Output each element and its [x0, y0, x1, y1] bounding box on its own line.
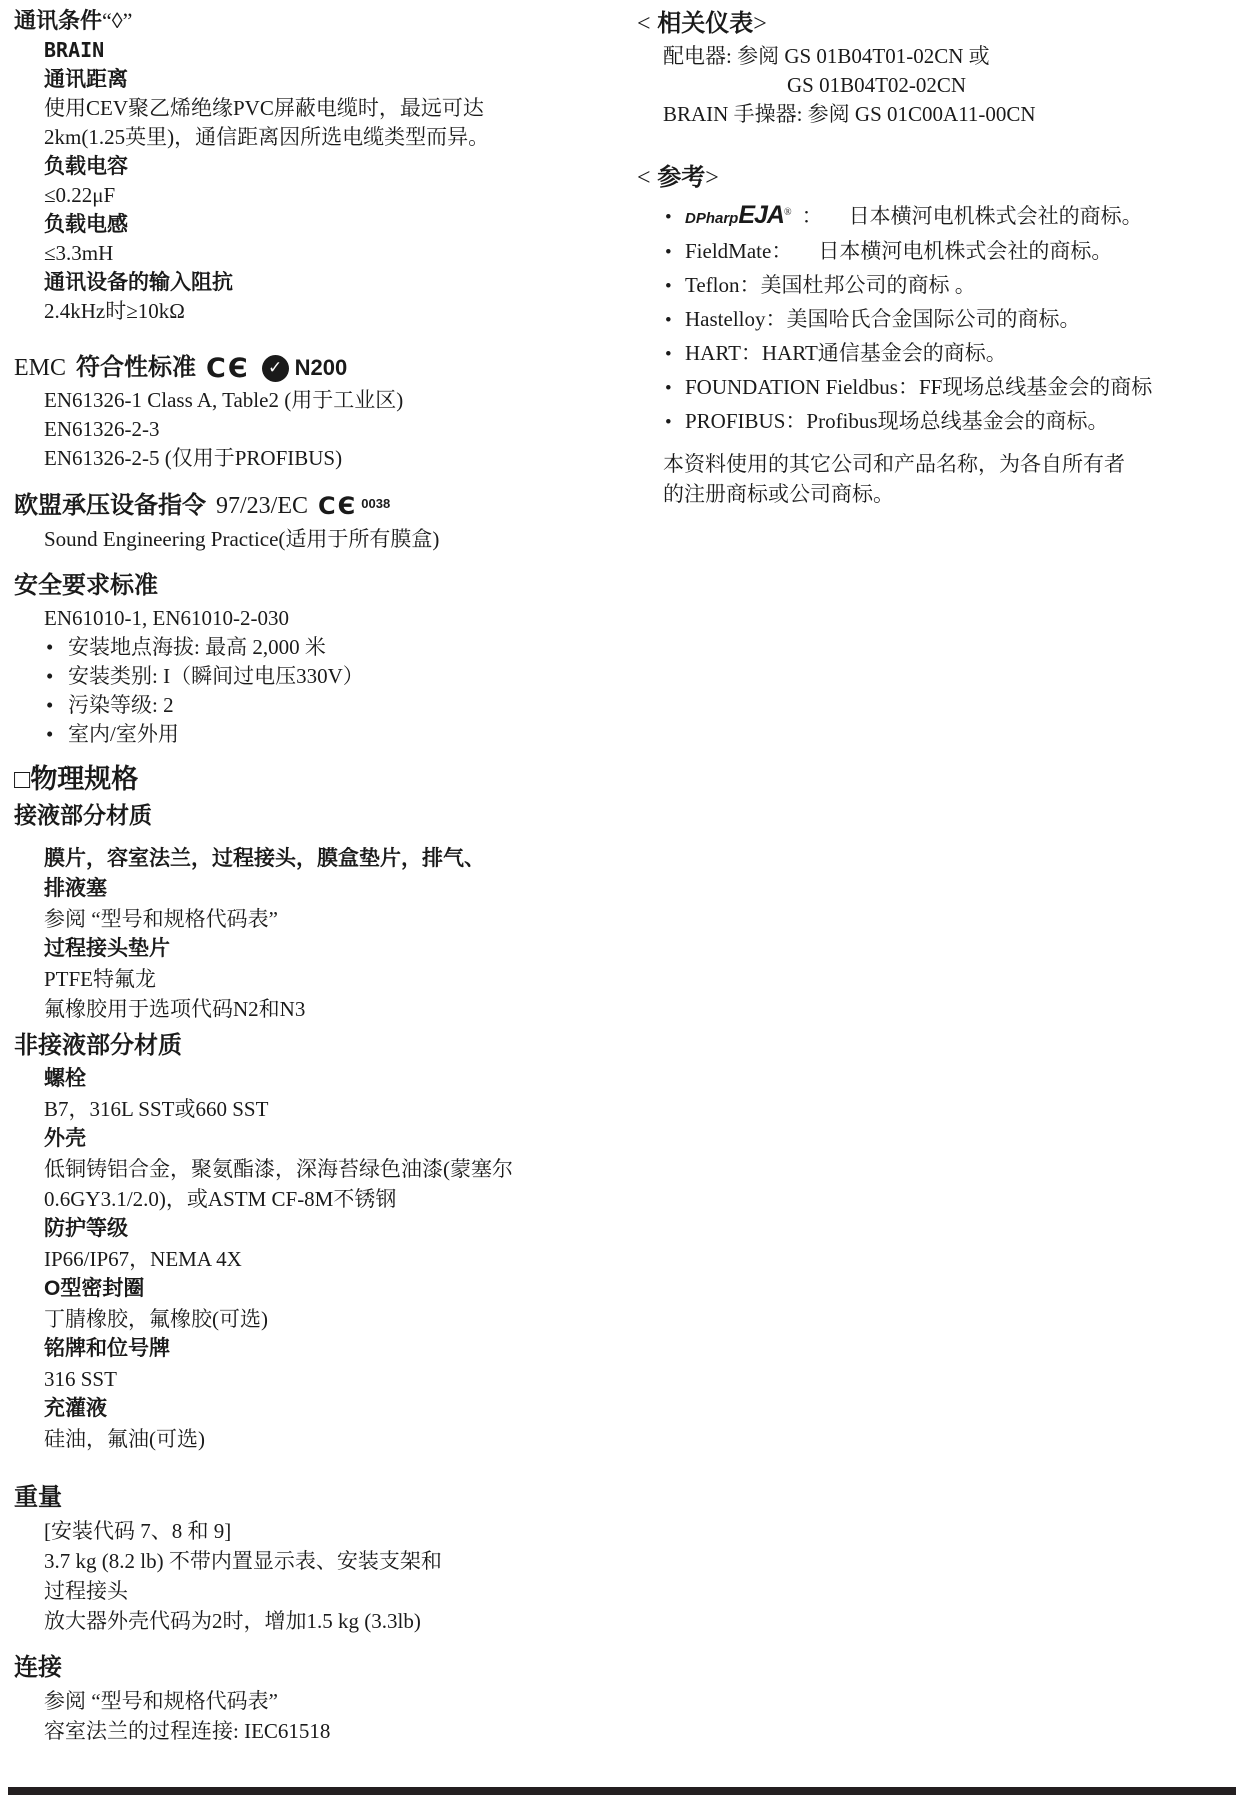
rcm-tick-icon: ✓: [262, 355, 289, 382]
spec-line: IP66/IP67，NEMA 4X: [14, 1244, 629, 1274]
trademark-description: HART通信基金会的商标。: [762, 337, 1007, 370]
note-line: 本资料使用的其它公司和产品名称，为各自所有者: [637, 449, 1244, 479]
bullet-icon: •: [46, 662, 68, 691]
dpharp-eja-logo: DPharpEJA®: [685, 196, 792, 235]
spec-line: EN61326-1 Class A, Table2 (用于工业区): [14, 386, 629, 415]
spec-line: ≤0.22μF: [14, 181, 629, 210]
brain-label: BRAIN: [14, 36, 629, 65]
separator-colon: ：: [785, 405, 806, 438]
spec-line: GS 01B04T02-02CN: [637, 71, 1244, 100]
heading-nonwetted-parts-material: 非接液部分材质: [14, 1028, 629, 1064]
bullet-icon: •: [665, 270, 685, 303]
spec-line: 参阅 “型号和规格代码表”: [14, 904, 629, 934]
list-item-text: 安装地点海拔: 最高 2,000 米: [68, 633, 326, 662]
spec-line: 丁腈橡胶，氟橡胶(可选): [14, 1304, 629, 1334]
heading-emc-conformity: EMC 符合性标准 CЄ ✓ N200: [14, 350, 629, 386]
bullet-icon: •: [665, 406, 685, 439]
trademark-item: • Teflon ： 美国杜邦公司的商标 。: [637, 269, 1244, 303]
list-item: • 安装地点海拔: 最高 2,000 米: [14, 633, 629, 662]
spec-line: 容室法兰的过程连接: IEC61518: [14, 1716, 629, 1746]
trademark-description: 美国哈氏合金国际公司的商标。: [786, 303, 1080, 336]
square-bullet-icon: □: [14, 764, 30, 794]
subheading-wetted-parts: 排液塞: [14, 874, 629, 904]
spec-line: 低铜铸铝合金，聚氨酯漆，深海苔绿色油漆(蒙塞尔: [14, 1154, 629, 1184]
heading-ped: 欧盟承压设备指令 97/23/EC CЄ 0038: [14, 486, 629, 525]
subheading-load-inductance: 负载电感: [14, 210, 629, 239]
subheading-input-impedance: 通讯设备的输入阻抗: [14, 268, 629, 297]
spec-line: 2.4kHz时≥10kΩ: [14, 297, 629, 326]
diamond-mark: “◊”: [102, 8, 132, 33]
section-physical-specifications: □物理规格 接液部分材质 膜片，容室法兰，过程接头，膜盒垫片，排气、 排液塞 参…: [14, 760, 629, 1024]
subheading-degrees-of-protection: 防护等级: [14, 1214, 629, 1244]
separator-colon: ：: [765, 303, 786, 336]
trademark-brand: PROFIBUS: [685, 405, 785, 438]
left-column: 通讯条件“◊” BRAIN 通讯距离 使用CEV聚乙烯绝缘PVC屏蔽电缆时，最远…: [14, 0, 629, 1802]
separator-colon: ：: [802, 200, 823, 233]
subheading-housing: 外壳: [14, 1124, 629, 1154]
trademark-item: • FieldMate ： 日本横河电机株式会社的商标。: [637, 235, 1244, 269]
spec-line: BRAIN 手操器: 参阅 GS 01C00A11-00CN: [637, 100, 1244, 129]
spec-line: 过程接头: [14, 1576, 629, 1606]
heading-wetted-parts-material: 接液部分材质: [14, 798, 629, 832]
list-item: • 室内/室外用: [14, 720, 629, 749]
spec-line: [安装代码 7、8 和 9]: [14, 1516, 629, 1546]
heading-reference: < 参考>: [637, 160, 1244, 196]
subheading-bolts: 螺栓: [14, 1064, 629, 1094]
spec-line: 配电器: 参阅 GS 01B04T01-02CN 或: [637, 42, 1244, 71]
spec-line: EN61326-2-3: [14, 415, 629, 444]
subheading-wetted-parts: 膜片，容室法兰，过程接头，膜盒垫片，排气、: [14, 844, 629, 874]
note-line: 的注册商标或公司商标。: [637, 479, 1244, 509]
heading-text: 参考: [657, 164, 705, 191]
spec-line: 316 SST: [14, 1364, 629, 1394]
heading-emc-zh: 符合性标准: [76, 350, 196, 386]
heading-physical-specifications: □物理规格: [14, 760, 629, 798]
subheading-nameplate-tag: 铭牌和位号牌: [14, 1334, 629, 1364]
spec-sheet-page: 通讯条件“◊” BRAIN 通讯距离 使用CEV聚乙烯绝缘PVC屏蔽电缆时，最远…: [0, 0, 1244, 1802]
heading-safety-requirements: 安全要求标准: [14, 568, 629, 604]
subheading-o-ring: O型密封圈: [14, 1274, 629, 1304]
trademark-description: Profibus现场总线基金会的商标。: [806, 405, 1108, 438]
trademark-brand: Hastelloy: [685, 303, 765, 336]
angle-bracket: >: [753, 11, 767, 37]
trademark-item: • PROFIBUS ： Profibus现场总线基金会的商标。: [637, 405, 1244, 439]
spec-line: 使用CEV聚乙烯绝缘PVC屏蔽电缆时，最远可达: [14, 94, 629, 123]
separator-colon: ：: [741, 337, 762, 370]
trademark-brand: FOUNDATION Fieldbus: [685, 371, 898, 404]
section-emc-conformity: EMC 符合性标准 CЄ ✓ N200 EN61326-1 Class A, T…: [14, 350, 629, 473]
bullet-icon: •: [46, 720, 68, 749]
heading-connections: 连接: [14, 1650, 629, 1686]
ce-mark-icon: CЄ: [206, 355, 250, 382]
subheading-process-connector-gasket: 过程接头垫片: [14, 934, 629, 964]
list-item: • 污染等级: 2: [14, 691, 629, 720]
section-connections: 连接 参阅 “型号和规格代码表” 容室法兰的过程连接: IEC61518: [14, 1650, 629, 1746]
spec-line: 3.7 kg (8.2 lb) 不带内置显示表、安装支架和: [14, 1546, 629, 1576]
angle-bracket: <: [637, 11, 651, 37]
section-nonwetted-parts-material: 非接液部分材质 螺栓 B7，316L SST或660 SST 外壳 低铜铸铝合金…: [14, 1028, 629, 1454]
bottom-rule: [8, 1787, 1236, 1795]
spec-line: 2km(1.25英里)，通信距离因所选电缆类型而异。: [14, 123, 629, 152]
separator-colon: ：: [740, 269, 761, 302]
list-item-text: 污染等级: 2: [68, 691, 174, 720]
trademark-description: 日本横河电机株式会社的商标。: [818, 235, 1112, 268]
angle-bracket: >: [705, 165, 719, 191]
bullet-icon: •: [665, 372, 685, 405]
heading-weight: 重量: [14, 1480, 629, 1516]
spec-line: B7，316L SST或660 SST: [14, 1094, 629, 1124]
trademark-brand: FieldMate: [685, 235, 771, 268]
trademark-brand: Teflon: [685, 269, 740, 302]
bullet-icon: •: [665, 304, 685, 337]
subheading-fill-fluid: 充灌液: [14, 1394, 629, 1424]
separator-colon: ：: [771, 235, 792, 268]
bullet-icon: •: [665, 236, 685, 269]
list-item-text: 安装类别: I（瞬间过电压330V）: [68, 662, 364, 691]
trademark-item: • FOUNDATION Fieldbus ： FF现场总线基金会的商标: [637, 371, 1244, 405]
trademark-brand: HART: [685, 337, 741, 370]
bullet-icon: •: [665, 201, 685, 234]
spec-line: 氟橡胶用于选项代码N2和N3: [14, 994, 629, 1024]
spec-line: 0.6GY3.1/2.0)，或ASTM CF-8M不锈钢: [14, 1184, 629, 1214]
spec-line: ≤3.3mH: [14, 239, 629, 268]
section-weight: 重量 [安装代码 7、8 和 9] 3.7 kg (8.2 lb) 不带内置显示…: [14, 1480, 629, 1636]
heading-communication-conditions: 通讯条件“◊”: [14, 6, 629, 36]
subheading-comm-distance: 通讯距离: [14, 65, 629, 94]
rcm-n200-label: N200: [295, 350, 348, 386]
heading-ped-code: 97/23/EC: [216, 488, 308, 524]
list-item-text: 室内/室外用: [68, 720, 179, 749]
heading-ped-zh: 欧盟承压设备指令: [14, 488, 206, 524]
spec-line: 放大器外壳代码为2时，增加1.5 kg (3.3lb): [14, 1606, 629, 1636]
trademark-description: FF现场总线基金会的商标: [919, 371, 1152, 404]
heading-text: 通讯条件: [14, 8, 102, 33]
trademark-item: • HART ： HART通信基金会的商标。: [637, 337, 1244, 371]
separator-colon: ：: [898, 371, 919, 404]
trademark-item: • DPharpEJA® ： 日本横河电机株式会社的商标。: [637, 196, 1244, 235]
heading-text: 物理规格: [30, 764, 138, 794]
bullet-icon: •: [46, 633, 68, 662]
angle-bracket: <: [637, 165, 651, 191]
section-communication-conditions: 通讯条件“◊” BRAIN 通讯距离 使用CEV聚乙烯绝缘PVC屏蔽电缆时，最远…: [14, 6, 629, 326]
spec-line: Sound Engineering Practice(适用于所有膜盒): [14, 525, 629, 554]
section-related-instruments: < 相关仪表> 配电器: 参阅 GS 01B04T01-02CN 或 GS 01…: [637, 6, 1244, 129]
ce-mark-icon: CЄ: [318, 494, 357, 518]
heading-text: 相关仪表: [657, 10, 753, 37]
heading-emc-latin: EMC: [14, 350, 66, 386]
heading-related-instruments: < 相关仪表>: [637, 6, 1244, 42]
bullet-icon: •: [665, 338, 685, 371]
section-reference: < 参考> • DPharpEJA® ： 日本横河电机株式会社的商标。 • Fi…: [637, 160, 1244, 509]
spec-line: 硅油，氟油(可选): [14, 1424, 629, 1454]
section-pressure-equipment-directive: 欧盟承压设备指令 97/23/EC CЄ 0038 Sound Engineer…: [14, 486, 629, 554]
section-safety-requirements: 安全要求标准 EN61010-1, EN61010-2-030 • 安装地点海拔…: [14, 568, 629, 749]
bullet-icon: •: [46, 691, 68, 720]
trademark-note: 本资料使用的其它公司和产品名称，为各自所有者 的注册商标或公司商标。: [637, 449, 1244, 509]
trademark-item: • Hastelloy ： 美国哈氏合金国际公司的商标。: [637, 303, 1244, 337]
spec-line: EN61326-2-5 (仅用于PROFIBUS): [14, 444, 629, 473]
trademark-description: 日本横河电机株式会社的商标。: [849, 200, 1143, 233]
right-column: < 相关仪表> 配电器: 参阅 GS 01B04T01-02CN 或 GS 01…: [637, 0, 1244, 1802]
trademark-description: 美国杜邦公司的商标 。: [761, 269, 976, 302]
spec-line: PTFE特氟龙: [14, 964, 629, 994]
ce-notified-body-number: 0038: [361, 486, 390, 522]
list-item: • 安装类别: I（瞬间过电压330V）: [14, 662, 629, 691]
subheading-load-capacitance: 负载电容: [14, 152, 629, 181]
spec-line: 参阅 “型号和规格代码表”: [14, 1686, 629, 1716]
spec-line: EN61010-1, EN61010-2-030: [14, 604, 629, 633]
